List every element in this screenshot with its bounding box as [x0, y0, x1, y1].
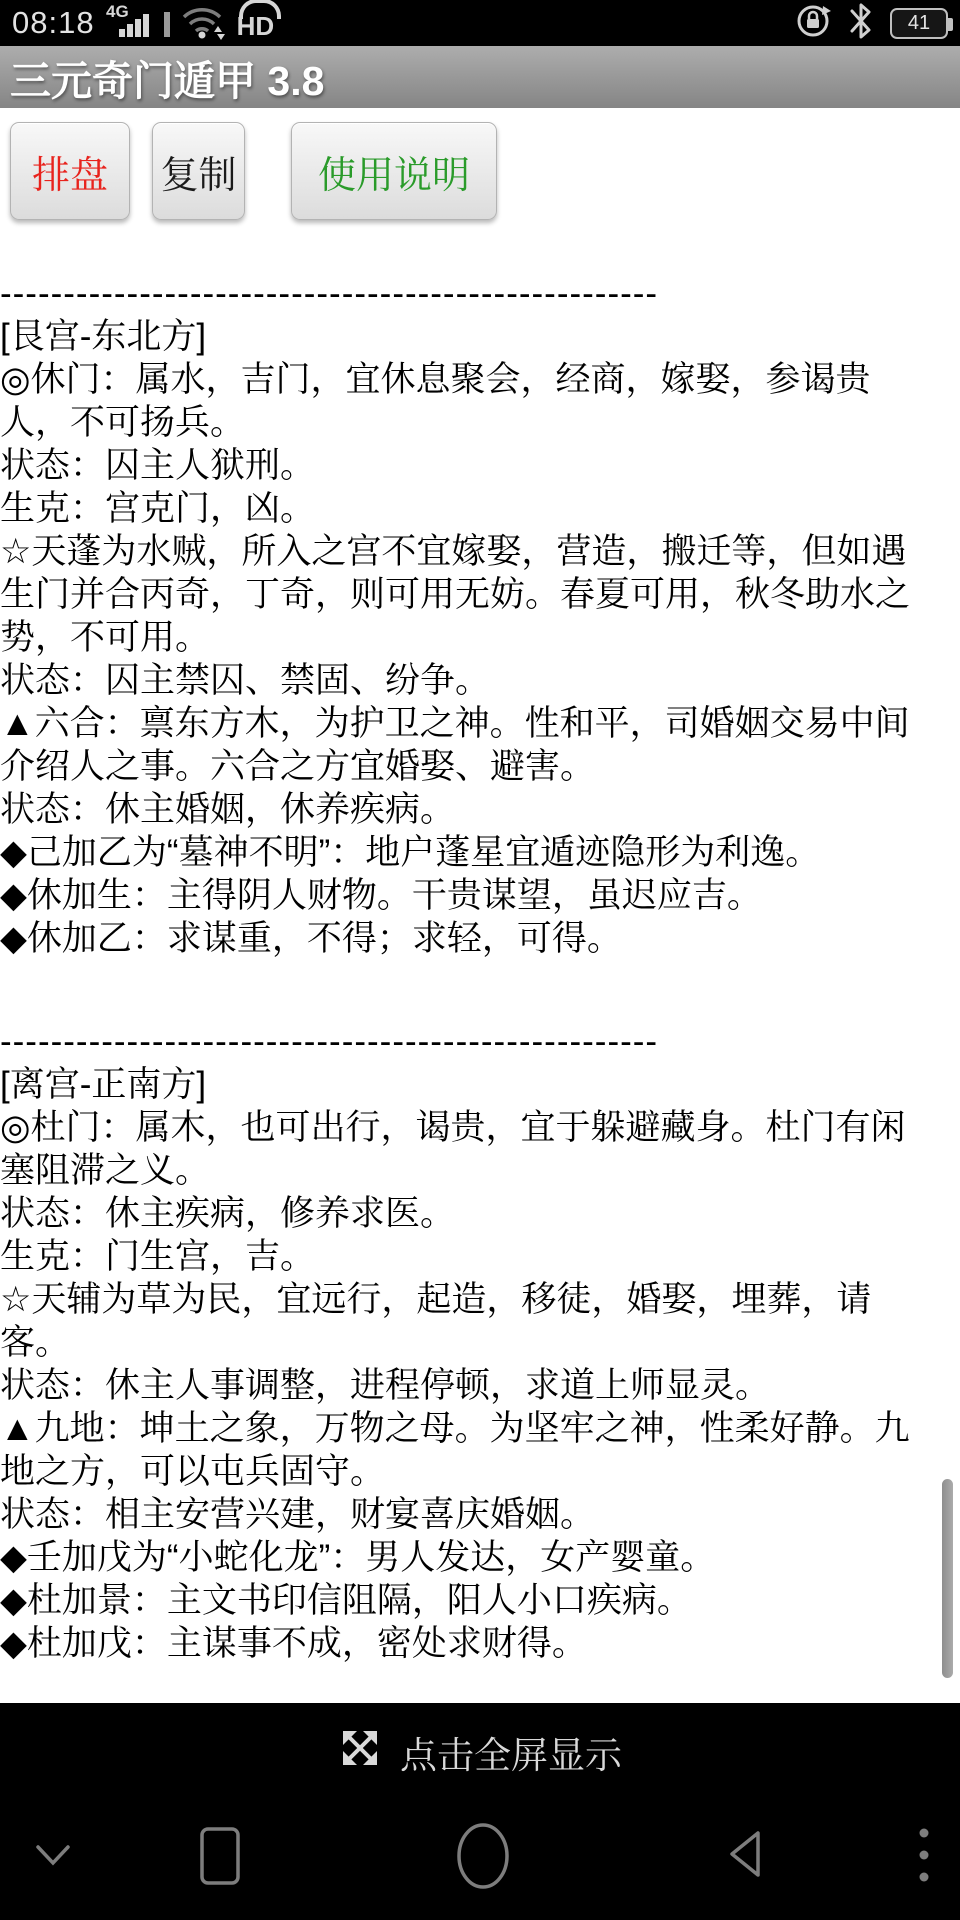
separator-line: ----------------------------------------…	[0, 272, 960, 315]
clock: 08:18	[12, 5, 95, 41]
text-line: 地之方，可以屯兵固守。	[0, 1450, 960, 1493]
text-line: 状态：囚主禁囚、禁固、纷争。	[0, 659, 960, 702]
paipan-button[interactable]: 排盘	[10, 122, 130, 220]
text-line: ◆壬加戊为“小蛇化龙”：男人发达，女产婴童。	[0, 1536, 960, 1579]
fullscreen-toggle[interactable]: 点击全屏显示	[0, 1703, 960, 1779]
text-line: ◎杜门：属木，也可出行，谒贵，宜于躲避藏身。杜门有闲	[0, 1106, 960, 1149]
text-line: 状态：休主人事调整，进程停顿，求道上师显灵。	[0, 1364, 960, 1407]
text-section: ----------------------------------------…	[0, 272, 960, 960]
text-line: [艮宫-东北方]	[0, 315, 960, 358]
text-line: 状态：休主婚姻，休养疾病。	[0, 788, 960, 831]
usage-instructions-button[interactable]: 使用说明	[291, 122, 497, 220]
text-line: ◆杜加景：主文书印信阻隔，阳人小口疾病。	[0, 1579, 960, 1622]
text-line: 客。	[0, 1321, 960, 1364]
text-line: 状态：相主安营兴建，财宴喜庆婚姻。	[0, 1493, 960, 1536]
battery-percent: 41	[908, 12, 930, 35]
text-line: ☆天蓬为水贼，所入之宫不宜嫁娶，营造，搬迁等，但如遇	[0, 530, 960, 573]
text-line: ◆己加乙为“墓神不明”：地户蓬星宜遁迹隐形为利逸。	[0, 831, 960, 874]
copy-button[interactable]: 复制	[152, 122, 245, 220]
expand-icon	[338, 1726, 382, 1779]
sim2-signal-icon	[163, 2, 171, 45]
back-button[interactable]	[722, 1825, 772, 1888]
text-section: ----------------------------------------…	[0, 1020, 960, 1665]
title-bar: 三元奇门遁甲 3.8	[0, 46, 960, 108]
app-screen: 08:18 4G	[0, 0, 960, 1920]
recent-apps-button[interactable]	[198, 1825, 242, 1892]
text-line: 势，不可用。	[0, 616, 960, 659]
separator-line: ----------------------------------------…	[0, 1020, 960, 1063]
battery-icon: 41	[890, 8, 948, 39]
bluetooth-icon	[846, 0, 876, 47]
rotation-lock-icon	[794, 2, 832, 45]
text-line: 介绍人之事。六合之方宜婚娶、避害。	[0, 745, 960, 788]
status-bar: 08:18 4G	[0, 0, 960, 46]
page-title: 三元奇门遁甲 3.8	[10, 48, 324, 107]
text-line: ▲六合：禀东方木，为护卫之神。性和平，司婚姻交易中间	[0, 702, 960, 745]
text-line: 人，不可扬兵。	[0, 401, 960, 444]
text-line: ▲九地：坤土之象，万物之母。为坚牢之神，性柔好静。九	[0, 1407, 960, 1450]
text-line: ◆休加乙：求谋重，不得；求轻，可得。	[0, 917, 960, 960]
text-line: 生门并合丙奇，丁奇，则可用无妨。春夏可用，秋冬助水之	[0, 573, 960, 616]
cell-signal-icon: 4G	[105, 2, 153, 45]
text-line: 生克：门生宫，吉。	[0, 1235, 960, 1278]
wifi-icon	[181, 2, 227, 45]
volte-hd-icon: HD	[237, 5, 275, 42]
text-line: ◆杜加戊：主谋事不成，密处求财得。	[0, 1622, 960, 1665]
text-line: ☆天辅为草为民，宜远行，起造，移徒，婚娶，埋葬，请	[0, 1278, 960, 1321]
scrollbar-thumb[interactable]	[942, 1479, 953, 1678]
fullscreen-label: 点击全屏显示	[400, 1725, 622, 1779]
text-line: [离宫-正南方]	[0, 1063, 960, 1106]
text-line: 塞阻滞之义。	[0, 1149, 960, 1192]
text-line: 生克：宫克门，凶。	[0, 487, 960, 530]
text-line: ◎休门：属水，吉门，宜休息聚会，经商，嫁娶，参谒贵	[0, 358, 960, 401]
text-line: 状态：囚主人狱刑。	[0, 444, 960, 487]
hide-navbar-chevron-icon[interactable]	[32, 1841, 74, 1876]
result-text-area[interactable]: ----------------------------------------…	[0, 272, 960, 1665]
toolbar: 排盘 复制 使用说明	[0, 108, 960, 220]
more-options-button[interactable]	[917, 1825, 931, 1890]
home-button[interactable]	[454, 1821, 512, 1896]
bottom-bar: 点击全屏显示	[0, 1703, 960, 1920]
text-line: 状态：休主疾病，修养求医。	[0, 1192, 960, 1235]
status-left-group: 08:18 4G	[12, 2, 274, 45]
network-type-label: 4G	[106, 2, 129, 21]
status-right-group: 41	[794, 0, 948, 47]
text-line: ◆休加生：主得阴人财物。干贵谋望，虽迟应吉。	[0, 874, 960, 917]
